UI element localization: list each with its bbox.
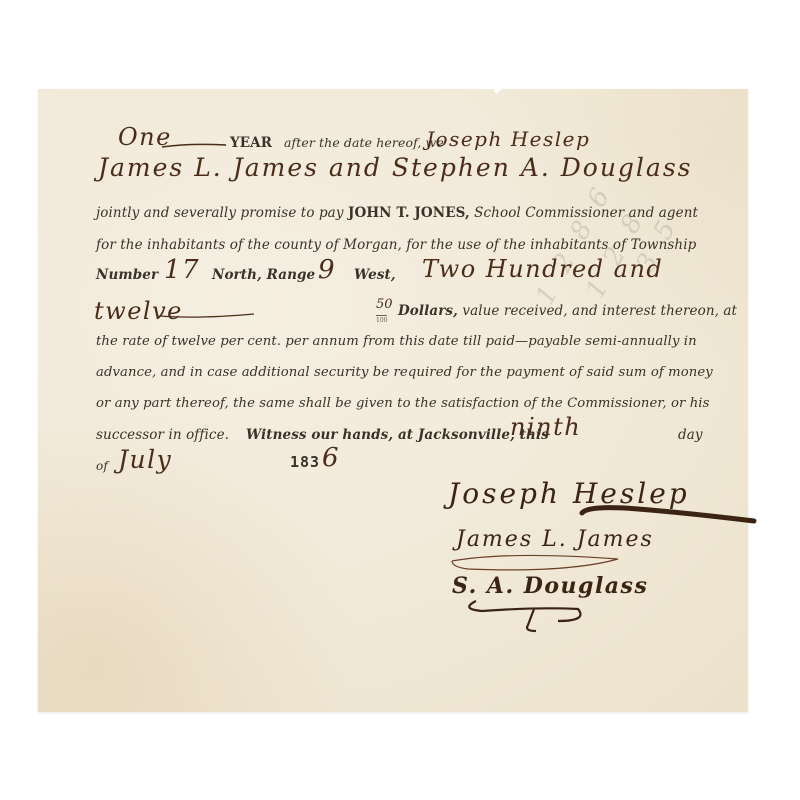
signature-flourish-james — [448, 551, 628, 575]
print-successor: successor in office. — [96, 427, 229, 443]
hand-amount-part-2: twelve — [94, 297, 183, 325]
print-witness: Witness our hands, at Jacksonville, this — [246, 427, 549, 443]
print-promise-b: School Commissioner and agent — [474, 205, 698, 221]
print-west: West, — [354, 267, 396, 283]
signature-s-a-douglass: S. A. Douglass — [452, 573, 648, 599]
hand-maker-1: Joseph Heslep — [426, 127, 590, 151]
print-promise-a: jointly and severally promise to pay — [96, 205, 344, 221]
print-satisfaction: or any part thereof, the same shall be g… — [96, 396, 710, 411]
print-after-date: after the date hereof, we — [284, 135, 444, 150]
paper-edge-notch — [493, 88, 503, 94]
hand-range-number: 9 — [318, 255, 336, 285]
print-inhabitants: for the inhabitants of the county of Mor… — [96, 237, 696, 253]
print-interest-rate: the rate of twelve per cent. per annum f… — [96, 334, 697, 349]
cents-numerator: 50 — [376, 297, 393, 312]
signature-flourish-douglass — [458, 597, 598, 637]
print-of: of — [96, 459, 108, 473]
promissory-note-paper: 1 2 8 6 1 2 8 3 5 One YEAR after the dat… — [38, 89, 748, 712]
hand-makers: James L. James and Stephen A. Douglass — [98, 153, 692, 182]
dollars-label: Dollars, — [398, 303, 458, 319]
print-value-received: value received, and interest thereon, at — [462, 303, 737, 319]
hand-term: One — [118, 123, 172, 151]
hand-township-number: 17 — [164, 255, 200, 285]
print-promise: jointly and severally promise to pay JOH… — [96, 205, 698, 221]
print-day: day — [678, 427, 703, 443]
hand-amount-part-1: Two Hundred and — [422, 255, 663, 283]
signature-joseph-heslep: Joseph Heslep — [448, 477, 690, 510]
payee-name: JOHN T. JONES, — [348, 205, 470, 221]
print-number: Number — [96, 267, 158, 283]
print-additional-security: advance, and in case additional security… — [96, 365, 713, 380]
hand-year-suffix: 6 — [322, 443, 340, 473]
cents-denominator: 100 — [376, 315, 387, 324]
hand-month: July — [118, 445, 172, 474]
print-year-prefix: 183 — [290, 453, 320, 471]
print-north-range: North, Range — [212, 267, 315, 283]
signature-james-l-james: James L. James — [456, 527, 654, 552]
print-dollars-line: Dollars, value received, and interest th… — [398, 303, 737, 319]
print-year-label: YEAR — [230, 135, 272, 151]
hand-day: ninth — [510, 413, 581, 441]
